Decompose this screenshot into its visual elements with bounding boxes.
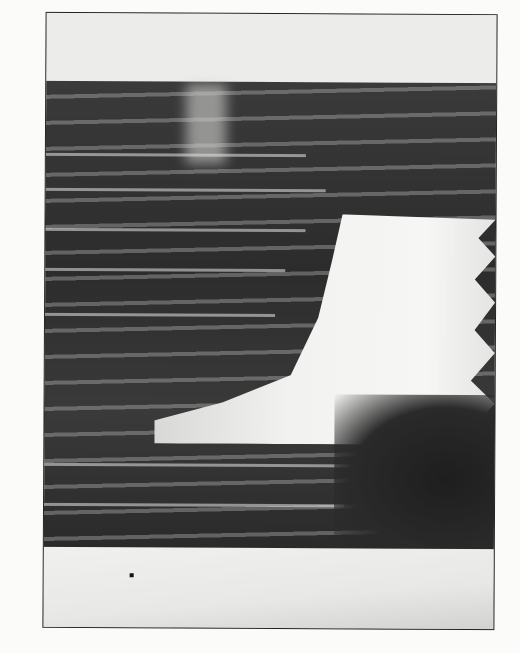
photograph [42, 12, 497, 630]
speck [130, 573, 134, 577]
lower-light-band [43, 547, 493, 629]
dark-foliage [334, 394, 495, 565]
upper-light-band [46, 13, 496, 85]
light-glow [186, 84, 226, 164]
